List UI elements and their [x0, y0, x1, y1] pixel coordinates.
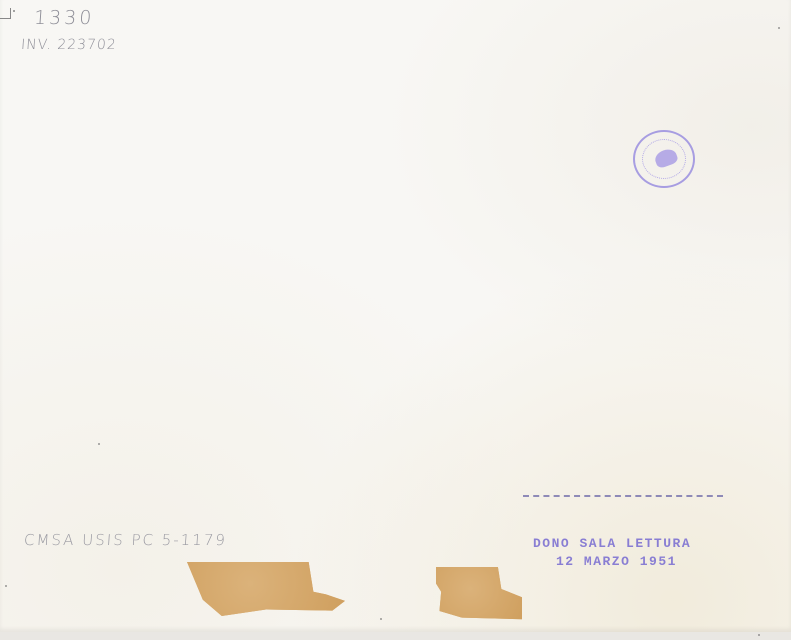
tape-remnant-right [436, 567, 522, 622]
speck [98, 443, 100, 445]
speck [5, 585, 7, 587]
tape-remnant-left [187, 562, 345, 616]
speck [380, 618, 382, 620]
handwritten-archive-code: CMSA USIS PC 5-1179 [23, 531, 227, 549]
handwritten-inventory-number: INV. 223702 [20, 37, 117, 53]
speck [778, 27, 780, 29]
speck [758, 634, 760, 636]
faint-pencil-mark [410, 316, 470, 322]
donation-stamp-line1: DONO SALA LETTURA [533, 536, 691, 551]
pencil-dot [13, 10, 15, 12]
photo-verso-sheet: 1330 INV. 223702 CMSA USIS PC 5-1179 DON… [0, 0, 791, 632]
donation-stamp-date: 12 MARZO 1951 [556, 554, 677, 569]
dashed-stamp-line [523, 495, 723, 497]
corner-pencil-mark [0, 8, 11, 19]
round-institutional-stamp [633, 130, 695, 188]
handwritten-number: 1330 [33, 7, 95, 29]
